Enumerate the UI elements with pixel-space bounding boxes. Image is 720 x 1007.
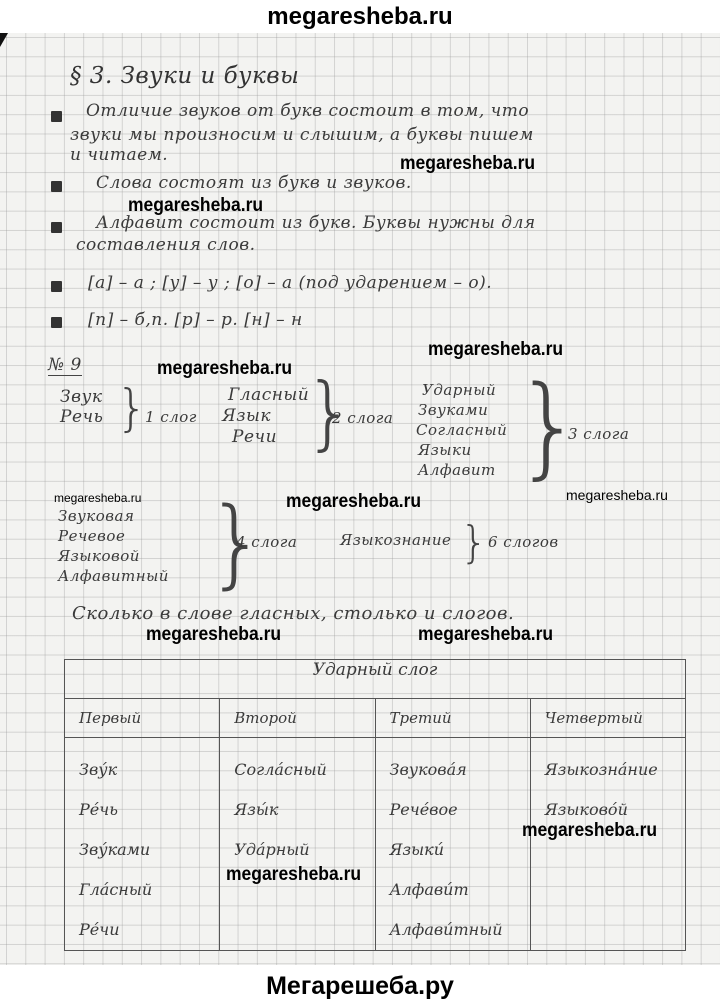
watermark[interactable]: megaresheba.ru bbox=[566, 487, 668, 503]
table-word: Алфави́тный bbox=[390, 910, 530, 950]
group-2-word: Язык bbox=[222, 406, 271, 426]
bullet-1-line-2: звуки мы произносим и слышим, а буквы пи… bbox=[70, 125, 534, 145]
group-1-word: Звук bbox=[60, 387, 103, 407]
notebook-page: § 3. Звуки и буквы Отличие звуков от бук… bbox=[0, 33, 720, 965]
table-word: Ре́чи bbox=[79, 910, 219, 950]
table-word: Алфави́т bbox=[390, 870, 530, 910]
group-5-word: Языкознание bbox=[340, 531, 451, 549]
group-2-word: Гласный bbox=[228, 385, 309, 405]
watermark[interactable]: megaresheba.ru bbox=[400, 153, 535, 175]
column-second-cell: Согла́сный Язы́к Уда́рный bbox=[220, 738, 375, 951]
table-word: Язы́к bbox=[234, 790, 374, 830]
bullet-5-line-1: [п] – б,п. [р] – р. [н] – н bbox=[88, 310, 303, 330]
bullet-marker-icon bbox=[51, 222, 62, 233]
watermark[interactable]: megaresheba.ru bbox=[128, 195, 263, 217]
page-corner-shadow bbox=[0, 33, 8, 47]
column-first-cell: Зву́к Ре́чь Зву́ками Гла́сный Ре́чи bbox=[65, 738, 220, 951]
bullet-1-line-1: Отличие звуков от букв состоит в том, чт… bbox=[86, 101, 529, 121]
group-4-word: Звуковая bbox=[58, 507, 134, 525]
stress-table-title: Ударный слог bbox=[65, 660, 686, 699]
watermark[interactable]: megaresheba.ru bbox=[286, 491, 421, 513]
watermark[interactable]: megaresheba.ru bbox=[146, 624, 281, 646]
bullet-3-line-2: составления слов. bbox=[76, 235, 256, 255]
group-4-word: Речевое bbox=[58, 527, 125, 545]
table-word: Ре́чь bbox=[79, 790, 219, 830]
bullet-marker-icon bbox=[51, 317, 62, 328]
column-header-second: Второй bbox=[220, 699, 375, 738]
column-header-third: Третий bbox=[375, 699, 530, 738]
table-word: Языки́ bbox=[390, 830, 530, 870]
bullet-4-line-1: [а] – а ; [у] – у ; [о] – а (под ударени… bbox=[88, 273, 492, 293]
group-3-label: 3 слога bbox=[568, 425, 629, 443]
table-word: Зву́к bbox=[79, 750, 219, 790]
column-third-cell: Звукова́я Рече́вое Языки́ Алфави́т Алфав… bbox=[375, 738, 530, 951]
site-header-banner: megaresheba.ru bbox=[0, 0, 720, 33]
table-word: Согла́сный bbox=[234, 750, 374, 790]
table-word: Звукова́я bbox=[390, 750, 530, 790]
table-word: Языкозна́ние bbox=[545, 750, 685, 790]
watermark[interactable]: megaresheba.ru bbox=[54, 491, 141, 505]
bullet-marker-icon bbox=[51, 281, 62, 292]
group-5-label: 6 слогов bbox=[488, 533, 559, 551]
column-fourth-cell: Языкозна́ние Языково́й bbox=[530, 738, 685, 951]
watermark[interactable]: megaresheba.ru bbox=[428, 339, 563, 361]
column-header-fourth: Четвертый bbox=[530, 699, 685, 738]
watermark[interactable]: megaresheba.ru bbox=[157, 358, 292, 380]
group-1-word: Речь bbox=[60, 407, 103, 427]
bullet-1-line-3: и читаем. bbox=[70, 145, 168, 165]
group-3-word: Согласный bbox=[416, 421, 507, 439]
group-3-word: Алфавит bbox=[418, 461, 496, 479]
group-4-word: Языковой bbox=[58, 547, 140, 565]
section-title: § 3. Звуки и буквы bbox=[70, 63, 299, 89]
brace-icon: } bbox=[460, 521, 488, 565]
table-word: Гла́сный bbox=[79, 870, 219, 910]
brace-icon: } bbox=[116, 383, 148, 433]
watermark[interactable]: megaresheba.ru bbox=[226, 864, 361, 886]
group-2-word: Речи bbox=[232, 427, 277, 447]
group-3-word: Ударный bbox=[422, 381, 496, 399]
group-1-label: 1 слог bbox=[145, 408, 197, 426]
group-4-label: 4 слога bbox=[236, 533, 297, 551]
group-4-word: Алфавитный bbox=[58, 567, 169, 585]
group-3-word: Языки bbox=[418, 441, 472, 459]
syllable-rule: Сколько в слове гласных, столько и слого… bbox=[72, 603, 514, 624]
table-word: Рече́вое bbox=[390, 790, 530, 830]
exercise-number: № 9 bbox=[48, 355, 82, 376]
watermark[interactable]: megaresheba.ru bbox=[418, 624, 553, 646]
column-header-first: Первый bbox=[65, 699, 220, 738]
bullet-2-line-1: Слова состоят из букв и звуков. bbox=[96, 173, 412, 193]
watermark[interactable]: megaresheba.ru bbox=[522, 820, 657, 842]
group-3-word: Звуками bbox=[418, 401, 488, 419]
group-2-label: 2 слога bbox=[332, 409, 393, 427]
stress-table: Ударный слог Первый Второй Третий Четвер… bbox=[64, 659, 686, 951]
bullet-marker-icon bbox=[51, 181, 62, 192]
site-footer-banner: Мегарешеба.ру bbox=[0, 965, 720, 1007]
table-word: Зву́ками bbox=[79, 830, 219, 870]
bullet-marker-icon bbox=[51, 111, 62, 122]
